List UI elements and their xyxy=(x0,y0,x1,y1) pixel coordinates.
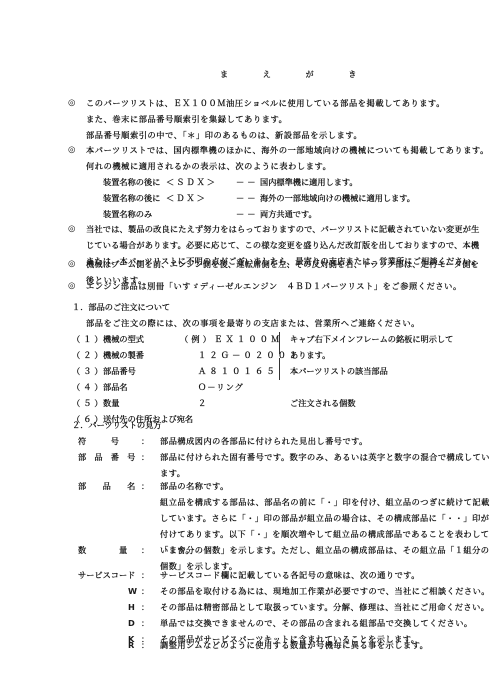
double-circle-bullet-icon: ◎ xyxy=(68,259,75,269)
intro-line: じている場合があります。必要に応じて、この様な変更を盛り込んだ改訂版を出しており… xyxy=(86,240,479,251)
intro-line: 当社では、製品の改良にたえず努力をはらっておりますので、パーツリストに記載されて… xyxy=(86,224,480,235)
double-circle-bullet-icon: ◎ xyxy=(68,281,75,291)
intro-line: このパーツリストは、ＥＸ１００Ｍ油圧ショベルに使用している部品を掲載してあります… xyxy=(86,98,445,109)
intro-line: 機械はブーム側を前、エンジン側を後、運転席側を左、その反対側を右、トラック部は、… xyxy=(86,259,479,270)
double-circle-bullet-icon: ◎ xyxy=(68,98,75,108)
page-title: ま え が き xyxy=(220,69,372,80)
intro-line: 本パーツリストでは、国内標準機のほかに、海外の一部地域向けの機械についても掲載し… xyxy=(86,145,489,156)
double-circle-bullet-icon: ◎ xyxy=(68,224,75,234)
bracket-divider xyxy=(279,358,280,380)
section-heading: １．部品のご注文について xyxy=(72,302,170,313)
section-heading: ２．パーツリストの見方 xyxy=(72,420,162,431)
double-circle-bullet-icon: ◎ xyxy=(68,145,75,155)
intro-line: 何れの機械に適用されるかの表示は、次のように表わします。 xyxy=(86,161,331,172)
intro-line: エンジン部品は別冊「いすゞディーゼルエンジン ４ＢＤ１パーツリスト」をご参照くだ… xyxy=(86,281,462,292)
section-lead: 部品をご注文の際には、次の事項を最寄りの支店または、営業所へご連絡ください。 xyxy=(86,318,420,329)
intro-line: 部品番号順索引の中で、「＊」印のあるものは、新設部品を示します。 xyxy=(86,130,362,141)
intro-line: また、巻末に部品番号順索引を集録してあります。 xyxy=(86,114,287,125)
